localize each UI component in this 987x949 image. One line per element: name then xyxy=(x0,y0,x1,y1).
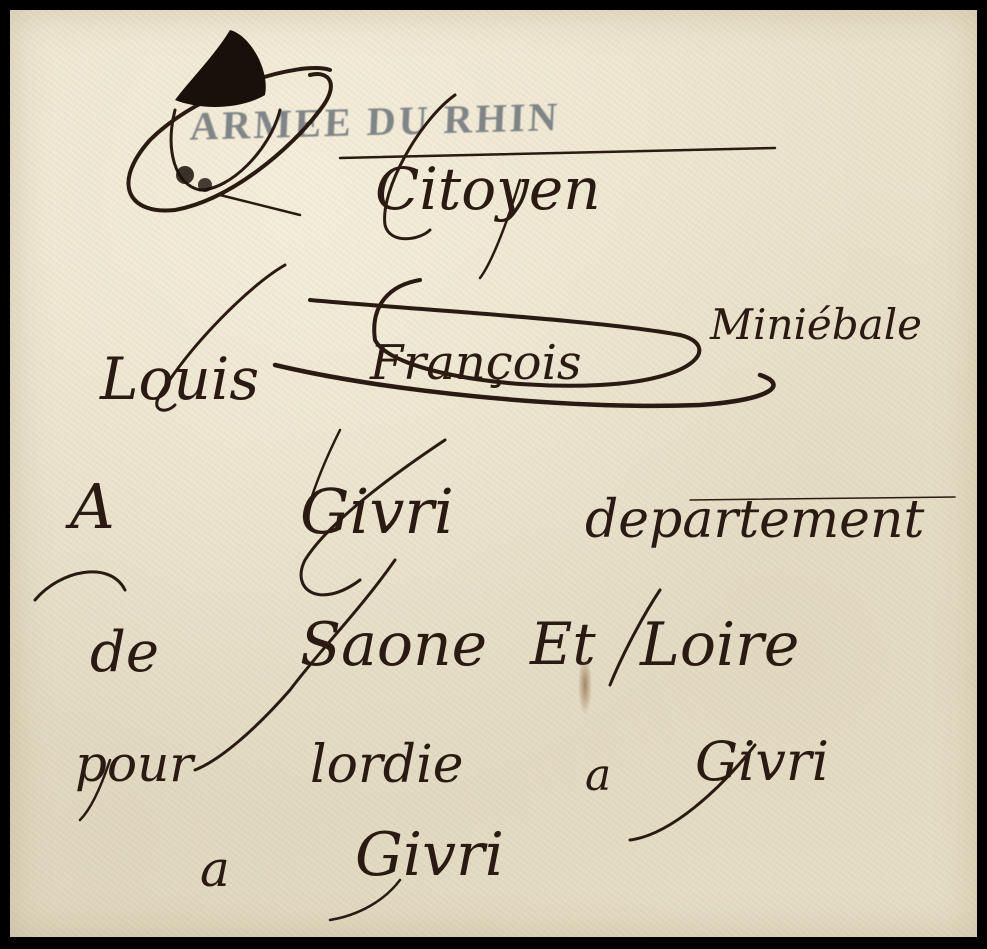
line6-a: a xyxy=(200,840,230,898)
line4-loire: Loire xyxy=(640,610,799,680)
recipient-struck-name: François xyxy=(370,335,582,391)
salutation-citoyen: Citoyen xyxy=(375,155,601,223)
line5-pour: pour xyxy=(75,735,193,793)
line4-saone: Saone xyxy=(300,610,487,680)
paper-stain xyxy=(578,655,592,715)
line4-prefix: de xyxy=(90,620,159,685)
recipient-surname: Miniébale xyxy=(710,300,922,349)
line3-prefix: A xyxy=(70,470,115,543)
line5-lordie: lordie xyxy=(310,735,464,795)
line3-town: Givri xyxy=(300,475,454,548)
line5-givri: Givri xyxy=(695,730,829,793)
line5-a: a xyxy=(585,750,611,801)
line6-givri: Givri xyxy=(355,820,504,890)
ink-flourishes xyxy=(0,0,987,949)
recipient-first-name: Louis xyxy=(100,345,259,413)
line3-departement: departement xyxy=(585,490,924,550)
